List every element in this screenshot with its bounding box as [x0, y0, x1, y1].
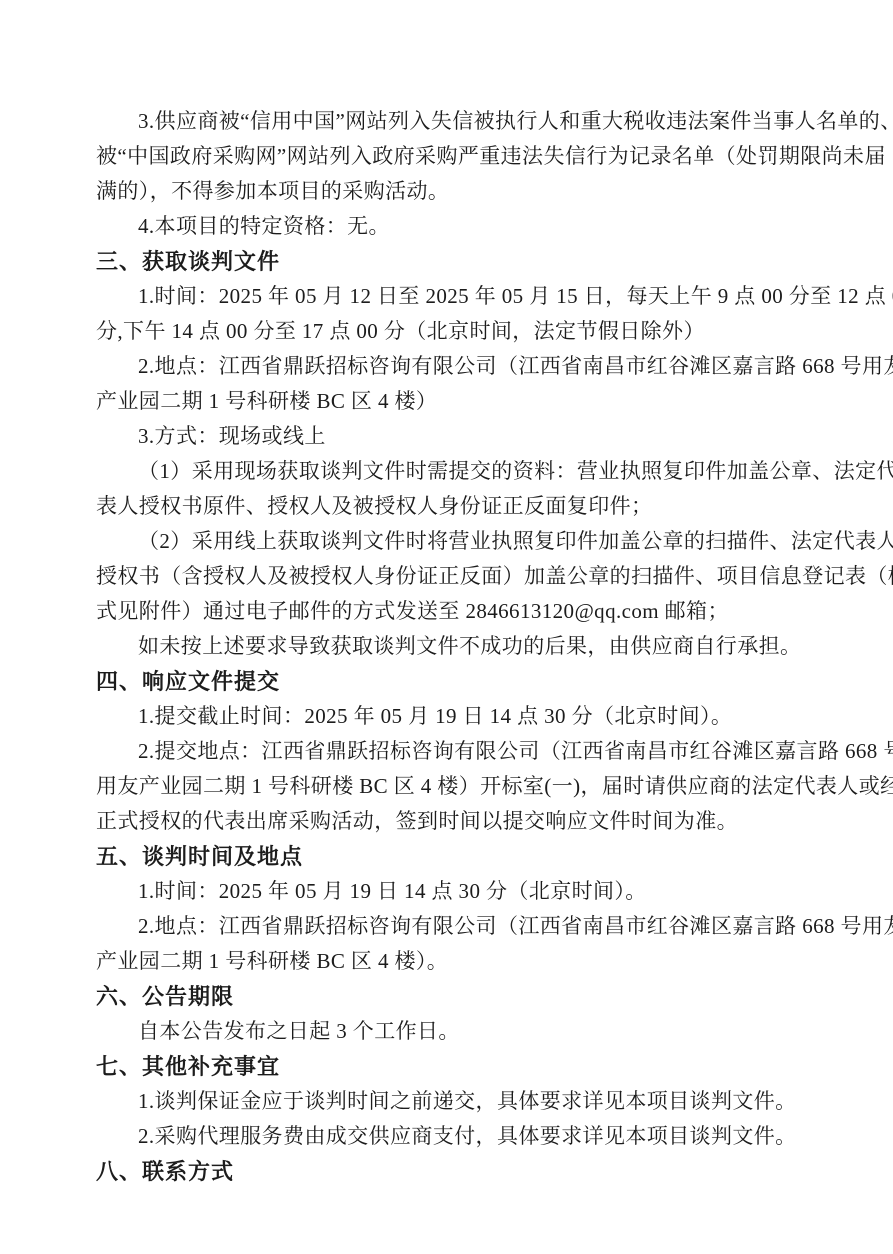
text-line: 正式授权的代表出席采购活动，签到时间以提交响应文件时间为准。 — [96, 804, 844, 839]
text-line: 产业园二期 1 号科研楼 BC 区 4 楼） — [96, 384, 844, 419]
text-line: 3.供应商被“信用中国”网站列入失信被执行人和重大税收违法案件当事人名单的、 — [96, 104, 844, 139]
text-line: 1.时间：2025 年 05 月 19 日 14 点 30 分（北京时间）。 — [96, 874, 844, 909]
text-line: 用友产业园二期 1 号科研楼 BC 区 4 楼）开标室(一)，届时请供应商的法定… — [96, 769, 844, 804]
document-body: 3.供应商被“信用中国”网站列入失信被执行人和重大税收违法案件当事人名单的、被“… — [96, 104, 844, 1189]
text-line: （2）采用线上获取谈判文件时将营业执照复印件加盖公章的扫描件、法定代表人 — [96, 524, 844, 559]
section-heading: 三、获取谈判文件 — [96, 244, 844, 279]
text-line: 3.方式：现场或线上 — [96, 419, 844, 454]
text-line: 分,下午 14 点 00 分至 17 点 00 分（北京时间，法定节假日除外） — [96, 314, 844, 349]
text-line: 2.地点：江西省鼎跃招标咨询有限公司（江西省南昌市红谷滩区嘉言路 668 号用友 — [96, 349, 844, 384]
text-line: 自本公告发布之日起 3 个工作日。 — [96, 1014, 844, 1049]
text-line: 1.谈判保证金应于谈判时间之前递交，具体要求详见本项目谈判文件。 — [96, 1084, 844, 1119]
scanned-document-page: 3.供应商被“信用中国”网站列入失信被执行人和重大税收违法案件当事人名单的、被“… — [0, 0, 893, 1254]
text-line: 2.提交地点：江西省鼎跃招标咨询有限公司（江西省南昌市红谷滩区嘉言路 668 号 — [96, 734, 844, 769]
text-line: 2.地点：江西省鼎跃招标咨询有限公司（江西省南昌市红谷滩区嘉言路 668 号用友 — [96, 909, 844, 944]
section-heading: 四、响应文件提交 — [96, 664, 844, 699]
text-line: 产业园二期 1 号科研楼 BC 区 4 楼）。 — [96, 944, 844, 979]
text-line: 满的），不得参加本项目的采购活动。 — [96, 174, 844, 209]
text-line: 式见附件）通过电子邮件的方式发送至 2846613120@qq.com 邮箱； — [96, 594, 844, 629]
text-line: 2.采购代理服务费由成交供应商支付，具体要求详见本项目谈判文件。 — [96, 1119, 844, 1154]
section-heading: 六、公告期限 — [96, 979, 844, 1014]
text-line: 1.时间：2025 年 05 月 12 日至 2025 年 05 月 15 日，… — [96, 279, 844, 314]
text-line: （1）采用现场获取谈判文件时需提交的资料：营业执照复印件加盖公章、法定代 — [96, 454, 844, 489]
text-line: 被“中国政府采购网”网站列入政府采购严重违法失信行为记录名单（处罚期限尚未届 — [96, 139, 844, 174]
text-line: 授权书（含授权人及被授权人身份证正反面）加盖公章的扫描件、项目信息登记表（格 — [96, 559, 844, 594]
text-line: 表人授权书原件、授权人及被授权人身份证正反面复印件； — [96, 489, 844, 524]
section-heading: 五、谈判时间及地点 — [96, 839, 844, 874]
text-line: 如未按上述要求导致获取谈判文件不成功的后果，由供应商自行承担。 — [96, 629, 844, 664]
section-heading: 八、联系方式 — [96, 1154, 844, 1189]
text-line: 1.提交截止时间：2025 年 05 月 19 日 14 点 30 分（北京时间… — [96, 699, 844, 734]
text-line: 4.本项目的特定资格：无。 — [96, 209, 844, 244]
section-heading: 七、其他补充事宜 — [96, 1049, 844, 1084]
